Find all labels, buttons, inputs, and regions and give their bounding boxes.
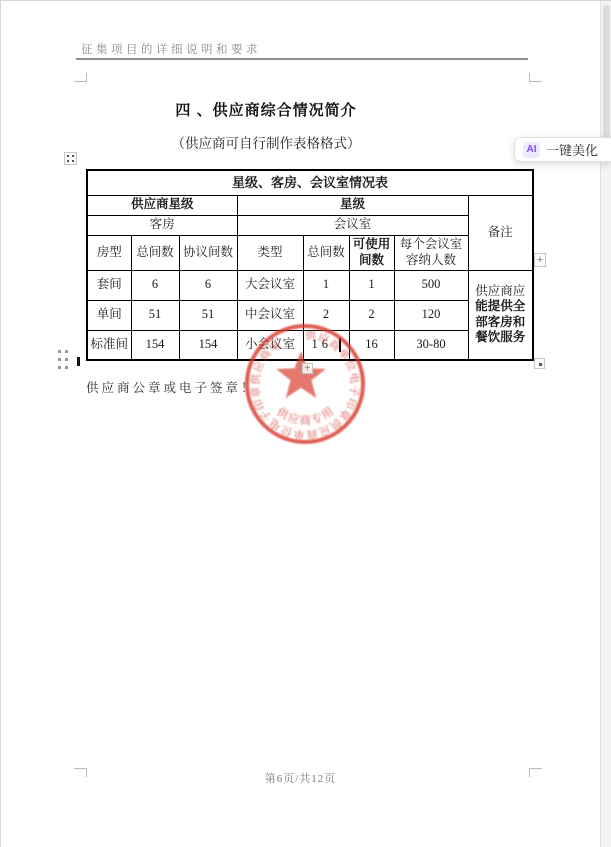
- ai-icon: AI: [523, 142, 540, 158]
- cell-total[interactable]: 154: [131, 330, 179, 360]
- stamp-caption: 供应商公章或电子签章！: [86, 378, 257, 396]
- cell-capacity[interactable]: 30-80: [394, 330, 468, 360]
- vertical-scrollbar[interactable]: [600, 1, 611, 847]
- cell-room-type[interactable]: 单间: [87, 300, 131, 330]
- table-select-handle[interactable]: [64, 152, 77, 165]
- cell-capacity[interactable]: 120: [394, 300, 468, 330]
- cell-meeting-total[interactable]: 2: [303, 300, 349, 330]
- ai-beautify-button[interactable]: AI 一键美化: [514, 137, 611, 162]
- cell-agreement[interactable]: 154: [179, 330, 237, 360]
- header-rule: [76, 58, 528, 60]
- scrollbar-thumb[interactable]: [603, 5, 610, 155]
- col-header-agreement[interactable]: 协议间数: [179, 235, 237, 270]
- cell-usable[interactable]: 2: [349, 300, 394, 330]
- group-supplier-star-cell[interactable]: 供应商星级: [87, 195, 237, 215]
- group-star-cell[interactable]: 星级: [237, 195, 468, 215]
- section-title: 四 、供应商综合情况简介: [1, 99, 531, 120]
- cell-total[interactable]: 6: [131, 270, 179, 300]
- section-subtitle: （供应商可自行制作表格格式）: [1, 132, 531, 152]
- cell-usable[interactable]: 16: [349, 330, 394, 360]
- table-resize-handle[interactable]: [534, 358, 545, 369]
- cell-meeting-total-with-caret[interactable]: 16: [303, 330, 349, 360]
- cell-total[interactable]: 51: [131, 300, 179, 330]
- cell-capacity[interactable]: 500: [394, 270, 468, 300]
- ai-beautify-label: 一键美化: [546, 140, 598, 159]
- remark-content-cell[interactable]: 供应商应能提供全部客房和餐饮服务: [468, 270, 533, 360]
- sub-guestroom-cell[interactable]: 客房: [87, 215, 237, 235]
- remark-normal-text: 供应商应: [475, 284, 525, 298]
- col-header-usable[interactable]: 可使用间数: [349, 235, 394, 270]
- page-number: 第6页/共12页: [1, 770, 600, 786]
- col-header-total[interactable]: 总间数: [131, 235, 179, 270]
- page-header-text: 征集项目的详细说明和要求: [81, 41, 261, 57]
- col-header-capacity[interactable]: 每个会议室容纳人数: [394, 235, 468, 270]
- paragraph-drag-handle[interactable]: [58, 350, 70, 370]
- cell-agreement[interactable]: 6: [179, 270, 237, 300]
- cell-meeting-type[interactable]: 中会议室: [237, 300, 303, 330]
- cell-usable[interactable]: 1: [349, 270, 394, 300]
- cell-meeting-total-value: 16: [312, 337, 333, 351]
- add-column-button[interactable]: +: [534, 253, 546, 267]
- text-cursor: [339, 338, 341, 352]
- margin-mark-top-right: [529, 73, 542, 82]
- col-header-meeting-type[interactable]: 类型: [237, 235, 303, 270]
- table-title-cell[interactable]: 星级、客房、会议室情况表: [87, 170, 533, 195]
- cell-meeting-total[interactable]: 1: [303, 270, 349, 300]
- object-anchor-plus[interactable]: +: [302, 363, 313, 374]
- sub-meetingroom-cell[interactable]: 会议室: [237, 215, 468, 235]
- cell-meeting-type[interactable]: 小会议室: [237, 330, 303, 360]
- col-header-room-type[interactable]: 房型: [87, 235, 131, 270]
- margin-mark-top-left: [74, 73, 87, 82]
- paragraph-tick: [77, 357, 80, 366]
- col-header-meeting-total[interactable]: 总间数: [303, 235, 349, 270]
- cell-meeting-type[interactable]: 大会议室: [237, 270, 303, 300]
- resize-corner-icon: [539, 363, 542, 366]
- cell-room-type[interactable]: 套间: [87, 270, 131, 300]
- cell-agreement[interactable]: 51: [179, 300, 237, 330]
- star-room-meeting-table: 星级、客房、会议室情况表 供应商星级 星级 备注 客房 会议室 房型 总间数 协…: [86, 169, 534, 361]
- remark-bold-text: 能提供全部客房和餐饮服务: [475, 299, 525, 344]
- remark-header-cell[interactable]: 备注: [468, 195, 533, 270]
- cell-room-type[interactable]: 标准间: [87, 330, 131, 360]
- grid-dots-icon: [67, 155, 74, 162]
